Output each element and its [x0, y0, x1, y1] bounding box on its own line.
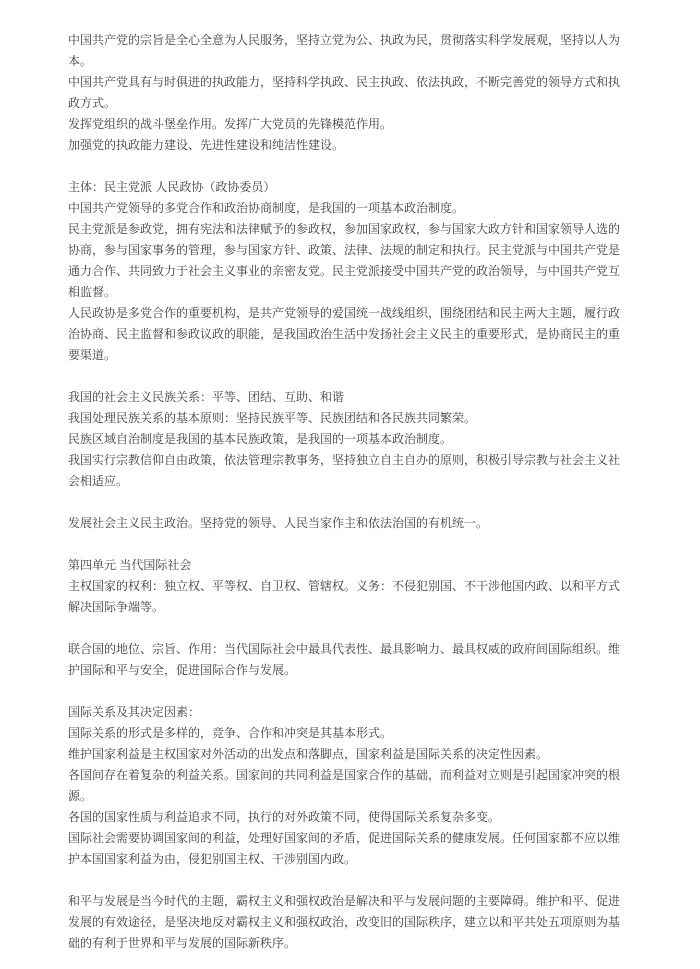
- text-line: 国际关系的形式是多样的，竞争、合作和冲突是其基本形式。: [68, 723, 636, 744]
- blank-line: [68, 681, 636, 702]
- text-line: 和平与发展是当今时代的主题，霸权主义和强权政治是解决和平与发展问题的主要障碍。维…: [68, 891, 636, 912]
- text-line: 中国共产党具有与时俱进的执政能力，坚持科学执政、民主执政、依法执政，不断完善党的…: [68, 72, 636, 93]
- text-line: 国际社会需要协调国家间的利益，处理好国家间的矛盾，促进国际关系的健康发展。任何国…: [68, 828, 636, 849]
- text-line: 发展的有效途径，是坚决地反对霸权主义和强权政治，改变旧的国际秩序，建立以和平共处…: [68, 912, 636, 933]
- text-line: 政方式。: [68, 93, 636, 114]
- text-line: 通力合作、共同致力于社会主义事业的亲密友党。民主党派接受中国共产党的政治领导，与…: [68, 261, 636, 282]
- text-line: 各国间存在着复杂的利益关系。国家间的共同利益是国家合作的基础，而利益对立则是引起…: [68, 765, 636, 786]
- text-line: 国际关系及其决定因素：: [68, 702, 636, 723]
- blank-line: [68, 534, 636, 555]
- text-line: 人民政协是多党合作的重要机构，是共产党领导的爱国统一战线组织，围绕团结和民主两大…: [68, 303, 636, 324]
- text-line: 维护国家利益是主权国家对外活动的出发点和落脚点，国家利益是国际关系的决定性因素。: [68, 744, 636, 765]
- text-line: 发展社会主义民主政治。坚持党的领导、人民当家作主和依法治国的有机统一。: [68, 513, 636, 534]
- text-line: 护国际和平与安全，促进国际合作与发展。: [68, 660, 636, 681]
- blank-line: [68, 366, 636, 387]
- document-body: 中国共产党的宗旨是全心全意为人民服务，坚持立党为公、执政为民，贯彻落实科学发展观…: [68, 30, 636, 954]
- text-line: 协商，参与国家事务的管理，参与国家方针、政策、法律、法规的制定和执行。民主党派与…: [68, 240, 636, 261]
- text-line: 我国处理民族关系的基本原则：坚持民族平等、民族团结和各民族共同繁荣。: [68, 408, 636, 429]
- text-line: 会相适应。: [68, 471, 636, 492]
- text-line: 我国的社会主义民族关系：平等、团结、互助、和谐: [68, 387, 636, 408]
- text-line: 护本国国家利益为由，侵犯别国主权、干涉别国内政。: [68, 849, 636, 870]
- text-line: 相监督。: [68, 282, 636, 303]
- text-line: 民主党派是参政党，拥有宪法和法律赋予的参政权，参加国家政权，参与国家大政方针和国…: [68, 219, 636, 240]
- text-line: 发挥党组织的战斗堡垒作用。发挥广大党员的先锋模范作用。: [68, 114, 636, 135]
- text-line: 主体：民主党派 人民政协（政协委员）: [68, 177, 636, 198]
- text-line: 各国的国家性质与利益追求不同，执行的对外政策不同，使得国际关系复杂多变。: [68, 807, 636, 828]
- text-line: 源。: [68, 786, 636, 807]
- blank-line: [68, 156, 636, 177]
- text-line: 中国共产党领导的多党合作和政治协商制度，是我国的一项基本政治制度。: [68, 198, 636, 219]
- text-line: 治协商、民主监督和参政议政的职能，是我国政治生活中发扬社会主义民主的重要形式，是…: [68, 324, 636, 345]
- text-line: 我国实行宗教信仰自由政策，依法管理宗教事务，坚持独立自主自办的原则，积极引导宗教…: [68, 450, 636, 471]
- text-line: 加强党的执政能力建设、先进性建设和纯洁性建设。: [68, 135, 636, 156]
- text-line: 本。: [68, 51, 636, 72]
- text-line: 中国共产党的宗旨是全心全意为人民服务，坚持立党为公、执政为民，贯彻落实科学发展观…: [68, 30, 636, 51]
- blank-line: [68, 492, 636, 513]
- text-line: 础的有利于世界和平与发展的国际新秩序。: [68, 933, 636, 954]
- blank-line: [68, 870, 636, 891]
- text-line: 民族区域自治制度是我国的基本民族政策，是我国的一项基本政治制度。: [68, 429, 636, 450]
- text-line: 解决国际争端等。: [68, 597, 636, 618]
- text-line: 第四单元 当代国际社会: [68, 555, 636, 576]
- text-line: 主权国家的权利：独立权、平等权、自卫权、管辖权。义务：不侵犯别国、不干涉他国内政…: [68, 576, 636, 597]
- text-line: 联合国的地位、宗旨、作用：当代国际社会中最具代表性、最具影响力、最具权威的政府间…: [68, 639, 636, 660]
- blank-line: [68, 618, 636, 639]
- document-page: 中国共产党的宗旨是全心全意为人民服务，坚持立党为公、执政为民，贯彻落实科学发展观…: [0, 0, 700, 969]
- text-line: 要渠道。: [68, 345, 636, 366]
